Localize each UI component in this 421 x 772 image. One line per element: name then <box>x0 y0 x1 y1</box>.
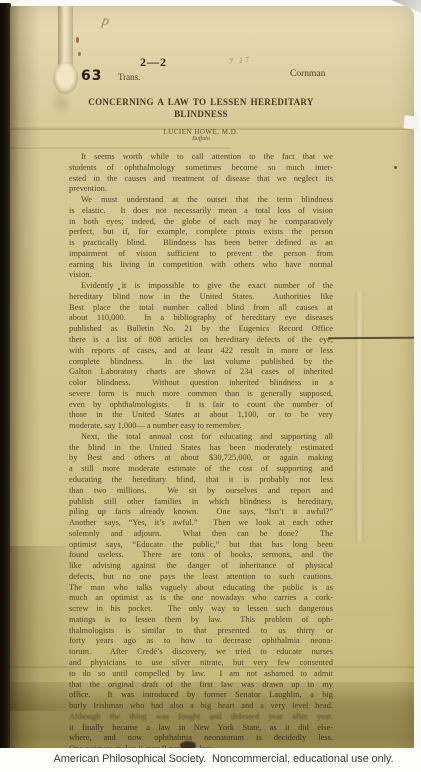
document-title-line2: BLINDNESS <box>69 109 333 119</box>
handwritten-mark: p <box>101 14 111 31</box>
body-line: Evidently it is impossible to give the e… <box>81 281 333 292</box>
body-line: prevention. <box>69 184 333 195</box>
attribution-caption: American Philosophical Society. Noncomme… <box>26 753 421 765</box>
body-line: and physicians to use silver nitrate, bu… <box>69 658 333 669</box>
pencil-scribble: 7 17 <box>229 55 252 66</box>
body-line: educating the hereditary blind, that it … <box>69 475 333 486</box>
body-line: burly Irishman who had also a big heart … <box>69 701 333 712</box>
document-title-line1: CONCERNING A LAW TO LESSEN HEREDITARY <box>69 97 333 107</box>
body-line: ested in the causes and treatment of dis… <box>69 174 333 185</box>
author-name: LUCIEN HOWE, M.D. <box>69 128 333 136</box>
annotation-name: Cornman <box>290 69 325 79</box>
body-line: there is a list of 808 articles on hered… <box>69 335 333 346</box>
body-line: solemnly and adjourn. What then can be d… <box>69 529 333 540</box>
attribution-strip: American Philosophical Society. Noncomme… <box>0 748 421 772</box>
series-label: Trans. <box>118 72 140 82</box>
body-line: even by ophthalmologists. It is fair to … <box>69 400 333 411</box>
body-line: matings is to lessen them by law. This p… <box>69 615 333 626</box>
body-line: The man who talks vaguely about educatin… <box>69 583 333 594</box>
body-line: Another says, “Yes, it’s awful.” Then we… <box>69 518 333 529</box>
body-line: publish still other families in which bl… <box>69 497 333 508</box>
body-line: the blind in the United States has been … <box>69 443 333 454</box>
body-line: where, and now ophthalmia neonatorum is … <box>69 733 333 744</box>
scanned-document-photo: p 7 17 2—2 63 Trans. Cornman CONCERNING … <box>0 0 421 772</box>
body-line: found useless. There are tons of books, … <box>69 550 333 561</box>
paper-speck <box>78 52 81 56</box>
body-text: It seems worth while to call attention t… <box>69 152 333 750</box>
body-line: than two millions. We sit by ourselves a… <box>69 486 333 497</box>
body-line: We must understand at the outset that th… <box>81 195 333 206</box>
body-line: Next, the total annual cost for educatin… <box>81 432 333 443</box>
number-stamp: 63 <box>81 68 102 84</box>
body-line: defects, but no one pays the least atten… <box>69 572 333 583</box>
page-mark: 2—2 <box>140 55 167 70</box>
body-line: much an optimist as is the one nowadays … <box>69 593 333 604</box>
paper-crease-bulb <box>53 62 78 94</box>
body-line: office. It was introduced by former Sena… <box>69 690 333 701</box>
body-line: is elastic. It does not necessarily mean… <box>69 206 333 217</box>
body-line: with reports of cases, and at least 422 … <box>69 346 333 357</box>
body-line: students of ophthalmology sometimes beco… <box>69 163 333 174</box>
body-line: is practically blind. Blindness has been… <box>69 238 333 249</box>
body-line: to do so until compelled by law. I am no… <box>69 669 333 680</box>
body-line: Best place the total number called blind… <box>69 303 333 314</box>
body-line: it finally became a law in New York Stat… <box>69 723 333 734</box>
body-line: like advising against the danger of inhe… <box>69 561 333 572</box>
body-line: optimist says, “Educate the public,” but… <box>69 540 333 551</box>
body-line: It seems worth while to call attention t… <box>81 152 333 163</box>
document-page: p 7 17 2—2 63 Trans. Cornman CONCERNING … <box>10 6 414 750</box>
pen-line-mark <box>328 337 414 340</box>
body-line: in both eyes; indeed, the globe of each … <box>69 217 333 228</box>
paper-speck <box>76 37 79 43</box>
body-line: color blindness. Without question inheri… <box>69 378 333 389</box>
body-line: published as Bulletin No. 21 by the Euge… <box>69 324 333 335</box>
body-line: hereditary blind now in the United State… <box>69 292 333 303</box>
paper-speck <box>394 166 397 169</box>
paper-edge-notch <box>403 115 418 129</box>
body-line: by Best and others at about $30,725,000,… <box>69 453 333 464</box>
body-line: perfect, but if, for example, complete p… <box>69 227 333 238</box>
author-city: Buffalo <box>69 136 333 142</box>
body-line: moderate, say 1,000— a number easy to re… <box>69 421 333 432</box>
body-line: that the original draft of the first law… <box>69 680 333 691</box>
body-line: Although the thing was fought and defeat… <box>69 712 333 723</box>
paper-crease <box>58 6 73 76</box>
vertical-fold-line <box>355 292 364 542</box>
body-line: a still more moderate estimate of the co… <box>69 464 333 475</box>
body-line: piling up facts already known. One says,… <box>69 507 333 518</box>
body-line: screw in his pocket. The only way to les… <box>69 604 333 615</box>
body-line: earning his living in competition with o… <box>69 260 333 271</box>
body-line: Galton Laboratory charts are shown of 23… <box>69 367 333 378</box>
paper-left-shadow <box>10 6 40 750</box>
body-line: those in the United States at about 1,10… <box>69 410 333 421</box>
horizontal-fold-line <box>10 147 230 149</box>
body-line: vision. <box>69 270 333 281</box>
body-line: impairment of vision sufficient to preve… <box>69 249 333 260</box>
body-line: forty years ago as to how to decrease op… <box>69 636 333 647</box>
body-line: about 110,000. In a bibliography of here… <box>69 313 333 324</box>
body-line: torum. After Credé’s discovery, we tried… <box>69 647 333 658</box>
body-line: complete blindness. In the last volume p… <box>69 357 333 368</box>
body-line: severe form is much more common than is … <box>69 389 333 400</box>
body-line: thalmologists is similar to that present… <box>69 626 333 637</box>
